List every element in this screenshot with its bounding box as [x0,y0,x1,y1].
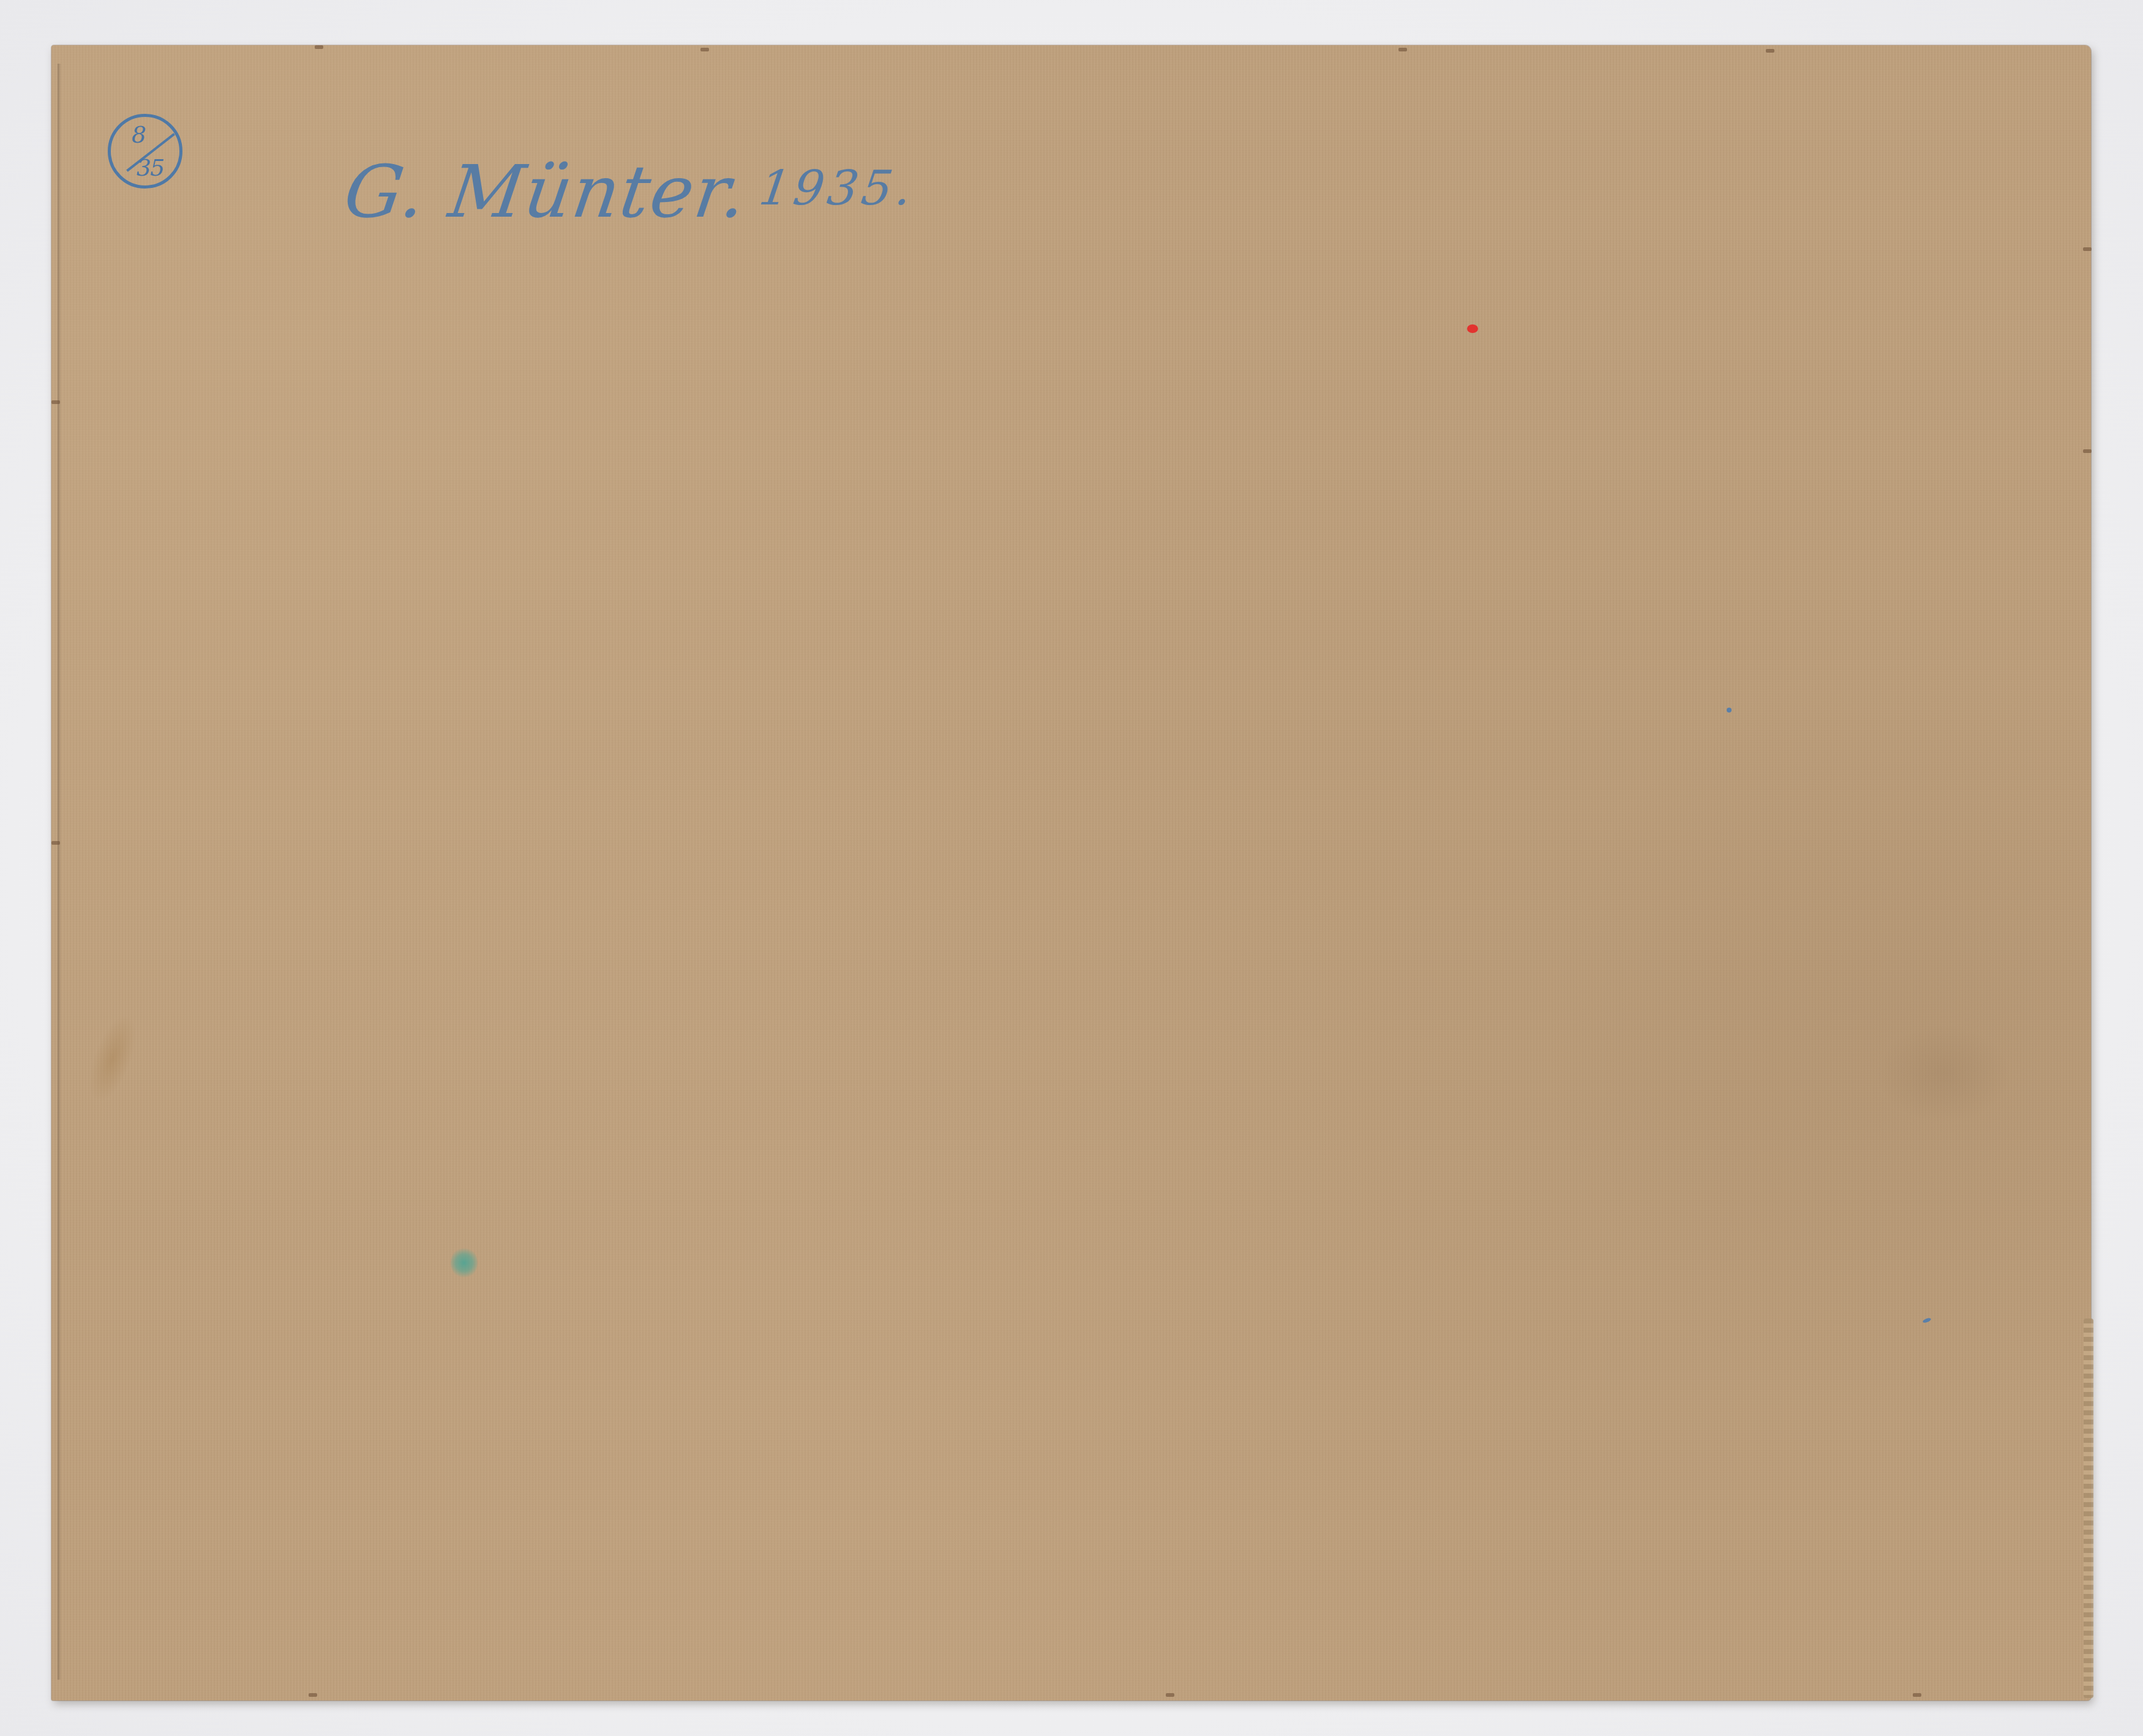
tack-mark [1166,1693,1174,1697]
catalog-numerator: 8 [132,123,146,146]
left-water-stain [80,1009,146,1107]
catalog-denominator: 35 [137,156,163,179]
tack-mark [51,400,60,404]
cardboard-support: 8 35 G. Münter.1935. [51,45,2091,1700]
tack-mark [1913,1693,1921,1697]
tack-mark [1398,48,1407,51]
artist-signature: G. Münter.1935. [339,149,920,234]
red-paint-speck [1467,324,1478,333]
tack-mark [309,1693,317,1697]
catalog-number-circle: 8 35 [108,114,182,189]
tack-mark [51,841,60,845]
right-discoloration [1876,1025,2011,1123]
signature-year: 1935. [756,161,918,216]
tack-mark [700,48,709,51]
tack-mark [315,45,323,49]
board-torn-right-edge [2084,1319,2093,1698]
green-paint-speck [451,1246,478,1279]
signature-name: G. Münter. [339,149,752,234]
board-left-edge [58,64,61,1680]
tack-mark [2083,247,2092,251]
tack-mark [1766,49,1774,53]
tack-mark [2083,449,2092,453]
blue-ink-dot [1727,708,1732,713]
blue-ink-mark [1922,1317,1931,1323]
